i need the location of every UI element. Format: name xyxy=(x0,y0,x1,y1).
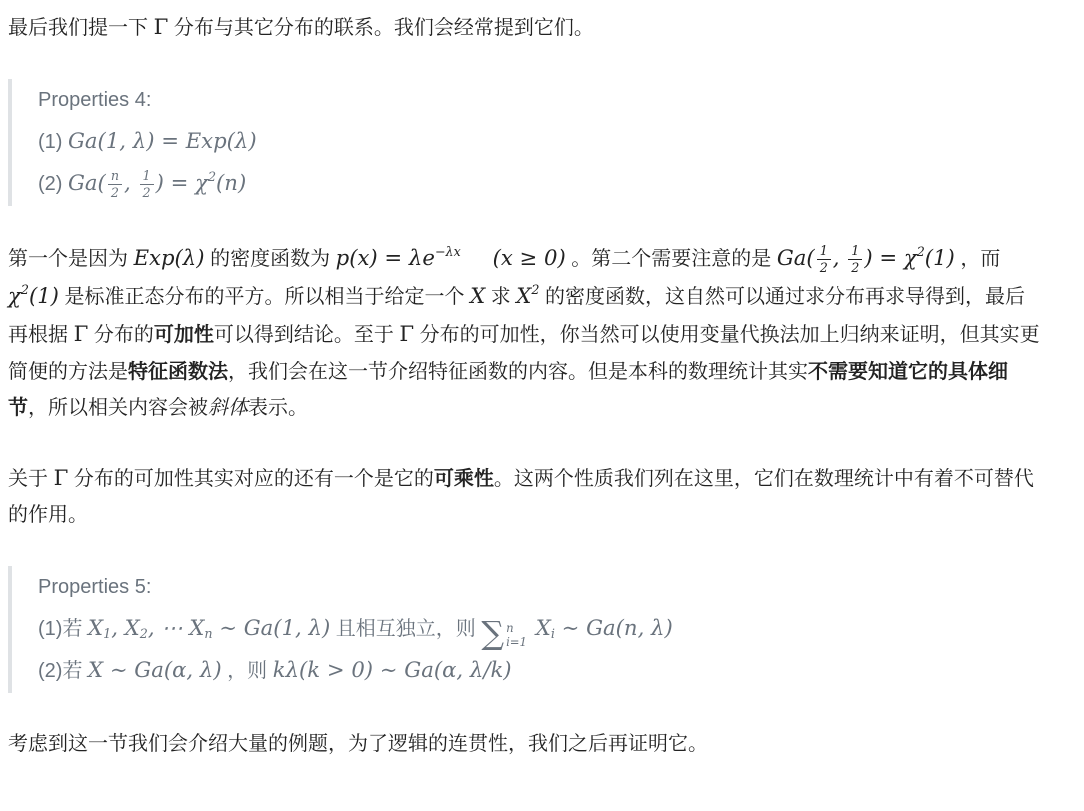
text-run: ) = χ xyxy=(864,245,916,270)
math-fraction: 12 xyxy=(848,244,862,276)
text-run: (1) xyxy=(925,245,955,270)
math-roman: Γ xyxy=(54,465,69,490)
inline-math: p(x) = λe−λx (x ≥ 0) xyxy=(336,245,566,270)
text-run: Ga( xyxy=(68,170,106,195)
inline-math: ∑ni=1 Xi ∼ Ga(n, λ) xyxy=(481,615,672,640)
fraction-denominator: 2 xyxy=(108,185,122,201)
text-run: (n) xyxy=(216,170,246,195)
para-multiplicativity: 关于 Γ 分布的可加性其实对应的还有一个是它的可乘性。这两个性质我们列在这里，它… xyxy=(8,459,1042,533)
text-run: X xyxy=(529,615,551,640)
math-roman: Γ xyxy=(74,321,89,346)
math-subscript: n xyxy=(204,626,212,641)
text-run: (1) xyxy=(38,131,68,153)
quote-line: (2) Ga(n2, 12) = χ2(n) xyxy=(38,162,1042,204)
summation-limits: ni=1 xyxy=(506,621,527,649)
inline-math: Ga(1, λ) = Exp(λ) xyxy=(68,128,257,153)
inline-math: χ2(1) xyxy=(8,283,59,308)
text-run: 是标准正态分布的平方。所以相当于给定一个 xyxy=(59,286,470,308)
text-run: ，则 xyxy=(222,660,273,682)
properties-5-block: Properties 5:(1)若 X1, X2, ⋯ Xn ∼ Ga(1, λ… xyxy=(8,566,1042,693)
bold-text: 可加性 xyxy=(154,324,214,346)
inline-math: kλ(k > 0) ∼ Ga(α, λ/k) xyxy=(273,657,512,682)
fraction-denominator: 2 xyxy=(848,260,862,276)
inline-math: Γ xyxy=(74,321,89,346)
summation-lower: i=1 xyxy=(506,635,527,649)
text-run: (1) xyxy=(29,283,59,308)
math-subscript: 2 xyxy=(140,626,148,641)
text-run: (1)若 xyxy=(38,618,88,640)
fraction-numerator: 1 xyxy=(140,169,154,186)
para-closing: 考虑到这一节我们会介绍大量的例题，为了逻辑的连贯性，我们之后再证明它。 xyxy=(8,726,1042,762)
text-run: 的密度函数为 xyxy=(205,248,336,270)
text-run: 且相互独立，则 xyxy=(330,618,481,640)
fraction-denominator: 2 xyxy=(817,260,831,276)
properties-4-block: Properties 4:(1) Ga(1, λ) = Exp(λ)(2) Ga… xyxy=(8,79,1042,206)
math-superscript: 2 xyxy=(531,282,539,297)
inline-math: X2 xyxy=(516,283,539,308)
text-run: 可以得到结论。至于 xyxy=(214,324,400,346)
quote-line: Properties 5: xyxy=(38,568,1042,607)
inline-math: X ∼ Ga(α, λ) xyxy=(88,657,222,682)
summation-symbol: ∑ni=1 xyxy=(481,620,527,649)
inline-math: Γ xyxy=(399,321,414,346)
math-roman: Γ xyxy=(154,14,169,39)
inline-math: Exp(λ) xyxy=(134,245,205,270)
summation-upper: n xyxy=(506,621,527,635)
text-run: Ga( xyxy=(777,245,815,270)
text-run: (2) xyxy=(38,173,68,195)
text-run: Properties 4: xyxy=(38,89,151,111)
inline-math: X xyxy=(470,283,485,308)
fraction-denominator: 2 xyxy=(140,185,154,201)
sigma-glyph: ∑ xyxy=(481,620,504,649)
fraction-numerator: 1 xyxy=(817,244,831,261)
text-run: 表示。 xyxy=(248,397,308,419)
quote-line: Properties 4: xyxy=(38,81,1042,120)
fraction-numerator: 1 xyxy=(848,244,862,261)
inline-math: X1, X2, ⋯ Xn ∼ Ga(1, λ) xyxy=(88,615,330,640)
text-run: kλ(k > 0) ∼ Ga(α, λ/k) xyxy=(273,657,512,682)
text-run: 关于 xyxy=(8,468,54,490)
math-superscript: 2 xyxy=(208,169,216,184)
text-run: ) = χ xyxy=(156,170,208,195)
fraction-numerator: n xyxy=(108,169,122,186)
inline-math: Γ xyxy=(54,465,69,490)
text-run: , xyxy=(833,245,846,270)
text-run: ，所以相关内容会被 xyxy=(28,397,208,419)
text-run: ∼ Ga(n, λ) xyxy=(555,615,673,640)
text-run: 考虑到这一节我们会介绍大量的例题，为了逻辑的连贯性，我们之后再证明它。 xyxy=(8,733,708,755)
bold-text: 特征函数法 xyxy=(128,361,228,383)
text-run: 分布与其它分布的联系。我们会经常提到它们。 xyxy=(168,17,594,39)
inline-math: Ga(n2, 12) = χ2(n) xyxy=(68,170,246,195)
quote-line: (1) Ga(1, λ) = Exp(λ) xyxy=(38,120,1042,162)
text-run: ∼ Ga(1, λ) xyxy=(213,615,331,640)
text-run: ，我们会在这一节介绍特征函数的内容。但是本科的数理统计其实 xyxy=(228,361,808,383)
math-superscript: 2 xyxy=(21,282,29,297)
math-subscript: 1 xyxy=(103,626,111,641)
quote-line: (1)若 X1, X2, ⋯ Xn ∼ Ga(1, λ) 且相互独立，则 ∑ni… xyxy=(38,607,1042,649)
text-run: , X xyxy=(111,615,140,640)
math-superscript: 2 xyxy=(917,244,925,259)
text-run: X xyxy=(470,283,485,308)
text-run: 最后我们提一下 xyxy=(8,17,154,39)
math-fraction: 12 xyxy=(817,244,831,276)
quote-line: (2)若 X ∼ Ga(α, λ) ，则 kλ(k > 0) ∼ Ga(α, λ… xyxy=(38,649,1042,691)
text-run: 。第二个需要注意的是 xyxy=(566,248,777,270)
math-fraction: 12 xyxy=(140,169,154,201)
text-run: p(x) = λe xyxy=(336,245,435,270)
inline-math: Γ xyxy=(154,14,169,39)
math-superscript: −λx xyxy=(435,244,461,259)
text-run: X ∼ Ga(α, λ) xyxy=(88,657,222,682)
text-run: Properties 5: xyxy=(38,576,151,598)
document-body: 最后我们提一下 Γ 分布与其它分布的联系。我们会经常提到它们。Propertie… xyxy=(0,0,1084,811)
math-fraction: n2 xyxy=(108,169,122,201)
text-run: Ga(1, λ) = Exp(λ) xyxy=(68,128,257,153)
text-run: ，而 xyxy=(955,248,1001,270)
text-run: (2)若 xyxy=(38,660,88,682)
italic-text: 斜体 xyxy=(208,397,248,419)
text-run: χ xyxy=(8,283,21,308)
para-explanation: 第一个是因为 Exp(λ) 的密度函数为 p(x) = λe−λx (x ≥ 0… xyxy=(8,239,1042,425)
text-run: , xyxy=(124,170,137,195)
text-run: 第一个是因为 xyxy=(8,248,134,270)
text-run: 求 xyxy=(485,286,516,308)
math-roman: Γ xyxy=(399,321,414,346)
text-run: 分布的 xyxy=(88,324,154,346)
bold-text: 可乘性 xyxy=(434,468,494,490)
text-run: X xyxy=(516,283,531,308)
para-gamma-intro: 最后我们提一下 Γ 分布与其它分布的联系。我们会经常提到它们。 xyxy=(8,8,1042,46)
text-run: 分布的可加性其实对应的还有一个是它的 xyxy=(68,468,434,490)
text-run: X xyxy=(88,615,103,640)
text-run: , ⋯ X xyxy=(148,615,204,640)
text-run: Exp(λ) xyxy=(134,245,205,270)
inline-math: Ga(12, 12) = χ2(1) xyxy=(777,245,955,270)
text-run: (x ≥ 0) xyxy=(461,245,566,270)
math-subscript: i xyxy=(551,626,555,641)
